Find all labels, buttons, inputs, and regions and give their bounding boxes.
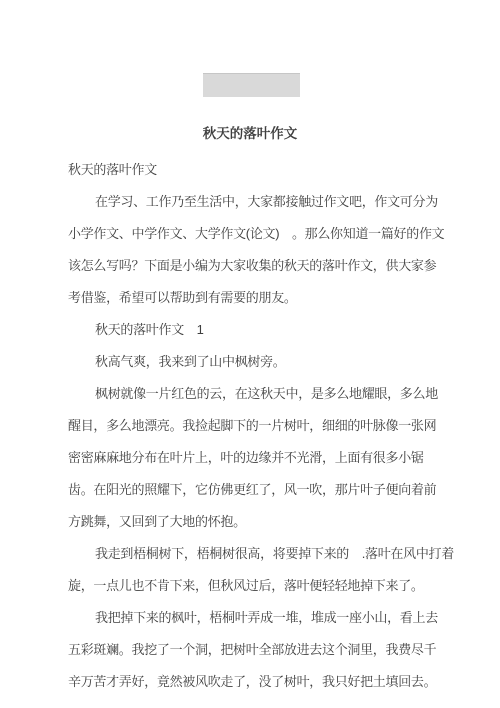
text-line: 枫树就像一片红色的云，在这秋天中，是多么地耀眼，多么地 [68,378,434,410]
text-line: 秋高气爽，我来到了山中枫树旁。 [68,346,434,378]
image-placeholder [203,73,300,97]
text-line: 密密麻麻地分布在叶片上，叶的边缘并不光滑，上面有很多小锯 [68,442,434,474]
text-line: 五彩斑斓。我挖了一个洞，把树叶全部放进去这个洞里，我费尽千 [68,634,434,666]
text-line: 秋天的落叶作文 [68,154,434,186]
document-page: 秋天的落叶作文 秋天的落叶作文在学习、工作乃至生活中，大家都接触过作文吧，作文可… [0,0,500,708]
document-title: 秋天的落叶作文 [0,124,500,144]
text-line: 考借鉴，希望可以帮助到有需要的朋友。 [68,282,434,314]
text-line: 方跳舞，又回到了大地的怀抱。 [68,506,434,538]
text-line: 旋，一点儿也不肯下来，但秋风过后，落叶便轻轻地掉下来了。 [68,570,434,602]
text-line: 秋天的落叶作文 1 [68,314,434,346]
text-line: 齿。在阳光的照耀下，它仿佛更红了，风一吹，那片叶子便向着前 [68,474,434,506]
text-line: 该怎么写吗？下面是小编为大家收集的秋天的落叶作文，供大家参 [68,250,434,282]
text-line: 在学习、工作乃至生活中，大家都接触过作文吧，作文可分为 [68,186,434,218]
text-line: 醒目，多么地漂亮。我捡起脚下的一片树叶，细细的叶脉像一张网 [68,410,434,442]
text-line: 我走到梧桐树下，梧桐树很高，将要掉下来的 .落叶在风中打着 [68,538,434,570]
text-line: 小学作文、中学作文、大学作文(论文) 。那么你知道一篇好的作文 [68,218,434,250]
text-line: 辛万苦才弄好，竟然被风吹走了，没了树叶，我只好把土填回去。 [68,666,434,698]
document-body: 秋天的落叶作文在学习、工作乃至生活中，大家都接触过作文吧，作文可分为小学作文、中… [68,154,434,698]
text-line: 我把掉下来的枫叶，梧桐叶弄成一堆，堆成一座小山，看上去 [68,602,434,634]
